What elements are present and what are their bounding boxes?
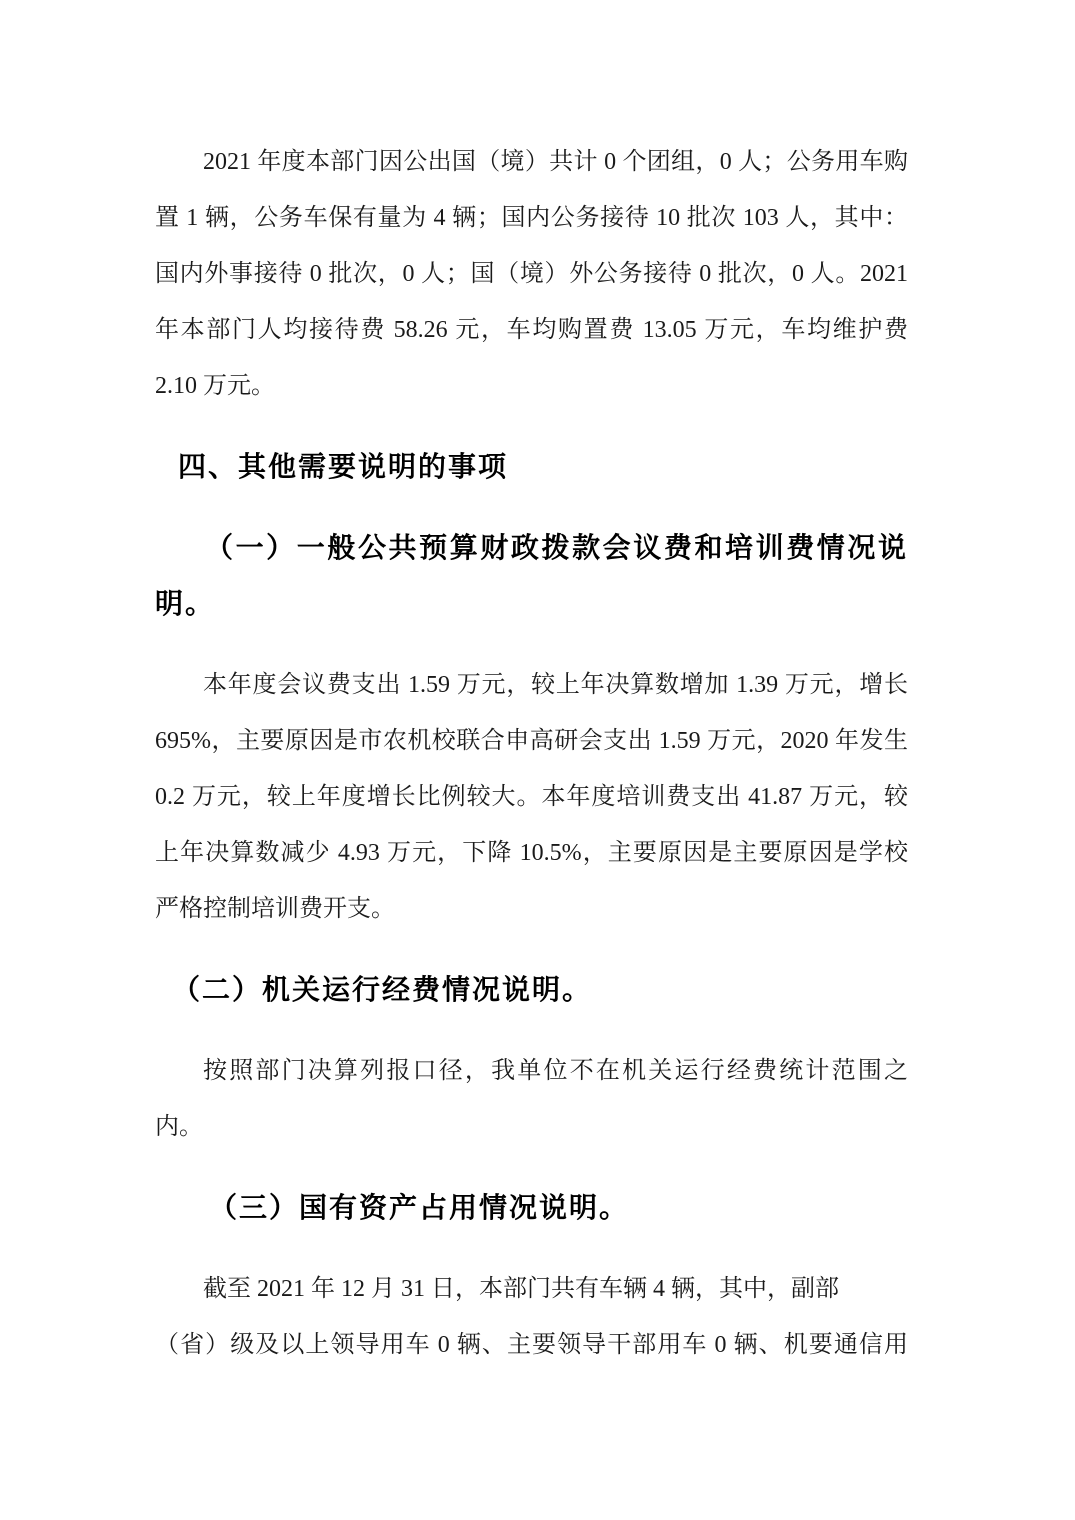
para-meeting-training-fees-line: 严格控制培训费开支。 (155, 881, 908, 937)
heading-sub-three-line: （三）国有资产占用情况说明。 (155, 1180, 908, 1236)
para-official-trips-line: 年本部门人均接待费 58.26 元，车均购置费 13.05 万元，车均维护费 (155, 302, 908, 358)
document-body: 2021 年度本部门因公出国（境）共计 0 个团组，0 人；公务用车购置 1 辆… (155, 134, 908, 1373)
para-operating-funds-line: 按照部门决算列报口径，我单位不在机关运行经费统计范围之 (155, 1043, 908, 1099)
heading-sub-one: （一）一般公共预算财政拨款会议费和培训费情况说明。 (155, 520, 908, 632)
para-official-trips-line: 2.10 万元。 (155, 358, 908, 414)
heading-sub-two: （二）机关运行经费情况说明。 (155, 962, 908, 1018)
heading-sub-two-line: （二）机关运行经费情况说明。 (155, 962, 908, 1018)
heading-sub-one-line: 明。 (155, 576, 908, 632)
para-meeting-training-fees-line: 0.2 万元，较上年度增长比例较大。本年度培训费支出 41.87 万元，较 (155, 769, 908, 825)
para-official-trips-line: 国内外事接待 0 批次，0 人；国（境）外公务接待 0 批次，0 人。2021 (155, 246, 908, 302)
para-operating-funds: 按照部门决算列报口径，我单位不在机关运行经费统计范围之内。 (155, 1043, 908, 1155)
para-meeting-training-fees-line: 695%，主要原因是市农机校联合申高研会支出 1.59 万元，2020 年发生 (155, 713, 908, 769)
para-operating-funds-line: 内。 (155, 1099, 908, 1155)
document-page: 2021 年度本部门因公出国（境）共计 0 个团组，0 人；公务用车购置 1 辆… (0, 0, 1075, 1520)
para-meeting-training-fees: 本年度会议费支出 1.59 万元，较上年决算数增加 1.39 万元，增长695%… (155, 657, 908, 937)
heading-section-four: 四、其他需要说明的事项 (155, 439, 908, 495)
para-state-assets-line: 截至 2021 年 12 月 31 日，本部门共有车辆 4 辆，其中，副部 (155, 1261, 908, 1317)
para-state-assets-line: （省）级及以上领导用车 0 辆、主要领导干部用车 0 辆、机要通信用 (155, 1317, 908, 1373)
para-state-assets: 截至 2021 年 12 月 31 日，本部门共有车辆 4 辆，其中，副部（省）… (155, 1261, 908, 1373)
para-official-trips: 2021 年度本部门因公出国（境）共计 0 个团组，0 人；公务用车购置 1 辆… (155, 134, 908, 414)
heading-sub-one-line: （一）一般公共预算财政拨款会议费和培训费情况说 (155, 520, 908, 576)
para-official-trips-line: 2021 年度本部门因公出国（境）共计 0 个团组，0 人；公务用车购 (155, 134, 908, 190)
heading-section-four-line: 四、其他需要说明的事项 (155, 439, 908, 495)
para-meeting-training-fees-line: 上年决算数减少 4.93 万元，下降 10.5%，主要原因是主要原因是学校 (155, 825, 908, 881)
para-meeting-training-fees-line: 本年度会议费支出 1.59 万元，较上年决算数增加 1.39 万元，增长 (155, 657, 908, 713)
para-official-trips-line: 置 1 辆，公务车保有量为 4 辆；国内公务接待 10 批次 103 人，其中： (155, 190, 908, 246)
heading-sub-three: （三）国有资产占用情况说明。 (155, 1180, 908, 1236)
